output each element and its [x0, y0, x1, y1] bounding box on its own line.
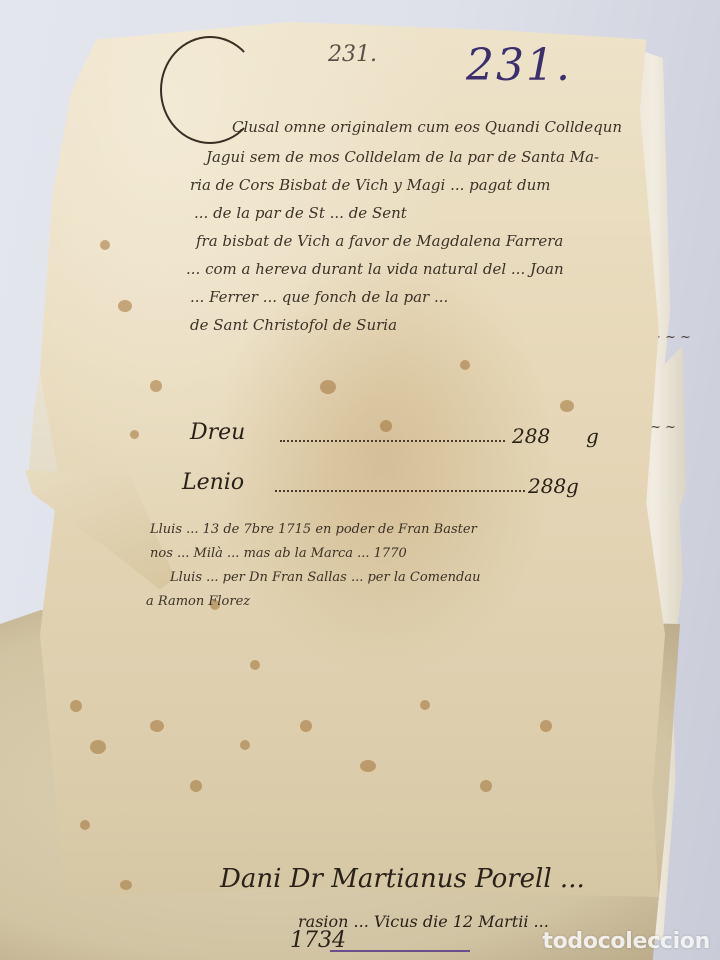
- folio-number-pencil: 231.: [328, 42, 377, 67]
- body-line: Clusal omne originalem cum eos Quandi Co…: [232, 118, 622, 136]
- folio-number-ink: 231.: [466, 40, 572, 91]
- ledger-label: Dreu: [190, 420, 245, 445]
- ledger-value: 288: [512, 424, 550, 448]
- note-line: a Ramon Florez: [146, 594, 250, 609]
- signature-line: Dani Dr Martianus Porell ...: [220, 864, 585, 894]
- body-line: ... com a hereva durant la vida natural …: [186, 260, 564, 278]
- body-line: Jagui sem de mos Colldelam de la par de …: [206, 148, 599, 166]
- body-line: ria de Cors Bisbat de Vich y Magi ... pa…: [190, 176, 551, 194]
- ledger-leader: [275, 490, 525, 492]
- note-line: nos ... Milà ... mas ab la Marca ... 177…: [150, 546, 407, 561]
- watermark-logo: todocoleccion: [542, 929, 710, 954]
- note-line: Lluis ... 13 de 7bre 1715 en poder de Fr…: [150, 522, 477, 537]
- body-line: fra bisbat de Vich a favor de Magdalena …: [196, 232, 563, 250]
- body-line: ... Ferrer ... que fonch de la par ...: [190, 288, 448, 306]
- ledger-leader: [280, 440, 505, 442]
- ledger-mark: g: [566, 474, 579, 498]
- note-line: Lluis ... per Dn Fran Sallas ... per la …: [170, 570, 481, 585]
- body-line: ... de la par de St ... de Sent: [194, 204, 407, 222]
- body-line: de Sant Christofol de Suria: [190, 316, 397, 334]
- ledger-value: 288: [528, 474, 566, 498]
- ledger-mark: g: [586, 424, 599, 448]
- purple-underline: [330, 950, 470, 952]
- ledger-label: Lenio: [182, 470, 244, 495]
- margin-text-right: ~ ~: [650, 420, 676, 435]
